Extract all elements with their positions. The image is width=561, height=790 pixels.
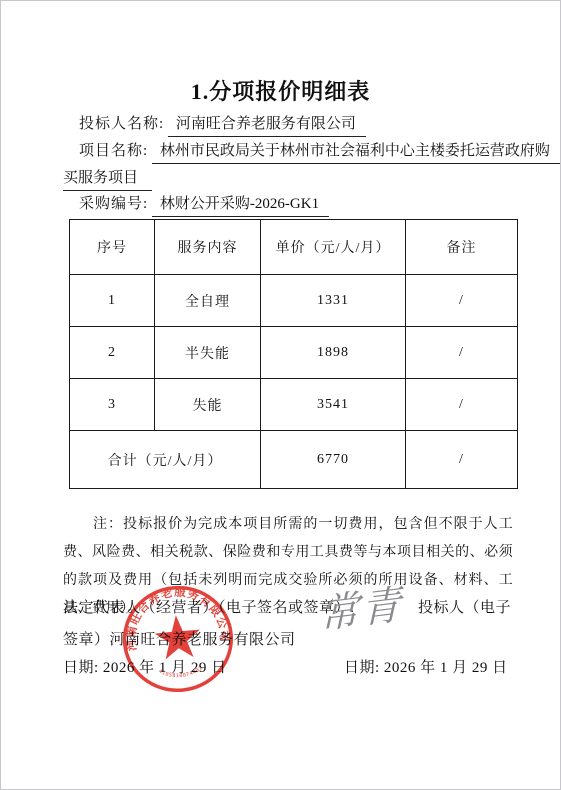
bidder-name-label: 投标人名称:: [79, 116, 164, 132]
cell-service: 全自理: [155, 275, 261, 327]
procurement-no-value: 林财公开采购-2026-GK1: [152, 194, 329, 217]
price-table: 序号 服务内容 单价（元/人/月） 备注 1 全自理 1331 / 2 半失能 …: [69, 219, 518, 489]
cell-no: 1: [70, 275, 155, 327]
header-cell-no: 序号: [70, 220, 155, 275]
table-header-row: 序号 服务内容 单价（元/人/月） 备注: [70, 220, 518, 275]
cell-no: 2: [70, 327, 155, 379]
total-price-cell: 6770: [261, 431, 406, 489]
stamp-star-icon: [153, 613, 202, 660]
project-name-value-line1: 林州市民政局关于林州市社会福利中心主楼委托运营政府购: [152, 141, 560, 164]
header-cell-remark: 备注: [406, 220, 518, 275]
table-row: 1 全自理 1331 /: [70, 275, 518, 327]
procurement-no-label: 采购编号:: [79, 196, 148, 212]
cell-price: 3541: [261, 379, 406, 431]
svg-text:4105810074401: 4105810074401: [157, 665, 205, 682]
date-right: 日期: 2026 年 1 月 29 日: [344, 658, 508, 678]
header-cell-price: 单价（元/人/月）: [261, 220, 406, 275]
project-name-wrap-line: 买服务项目: [63, 168, 520, 191]
bidder-name-line: 投标人名称: 河南旺合养老服务有限公司: [79, 114, 520, 137]
project-name-line: 项目名称: 林州市民政局关于林州市社会福利中心主楼委托运营政府购: [79, 141, 520, 164]
procurement-no-line: 采购编号: 林财公开采购-2026-GK1: [79, 194, 520, 217]
page-title: 1.分项报价明细表: [1, 75, 560, 106]
total-remark-cell: /: [406, 431, 518, 489]
bidder-name-value: 河南旺合养老服务有限公司: [168, 114, 366, 137]
document-page: 1.分项报价明细表 投标人名称: 河南旺合养老服务有限公司 项目名称: 林州市民…: [0, 0, 561, 790]
cell-no: 3: [70, 379, 155, 431]
table-row: 2 半失能 1898 /: [70, 327, 518, 379]
cell-service: 半失能: [155, 327, 261, 379]
cell-service: 失能: [155, 379, 261, 431]
stamp-serial-number-text: 4105810074401: [157, 665, 205, 682]
cell-price: 1331: [261, 275, 406, 327]
table-total-row: 合计（元/人/月） 6770 /: [70, 431, 518, 489]
header-cell-service: 服务内容: [155, 220, 261, 275]
cell-price: 1898: [261, 327, 406, 379]
project-name-value-line2: 买服务项目: [63, 168, 152, 191]
total-label-cell: 合计（元/人/月）: [70, 431, 261, 489]
cell-remark: /: [406, 275, 518, 327]
bidder-signature-label-part1: 投标人（电子: [418, 598, 511, 618]
project-name-label: 项目名称:: [79, 143, 148, 159]
table-row: 3 失能 3541 /: [70, 379, 518, 431]
handwritten-signature: 常青: [319, 573, 403, 641]
cell-remark: /: [406, 379, 518, 431]
cell-remark: /: [406, 327, 518, 379]
company-seal-stamp: 河南旺合养老服务有限公司 4105810074401: [116, 580, 239, 700]
